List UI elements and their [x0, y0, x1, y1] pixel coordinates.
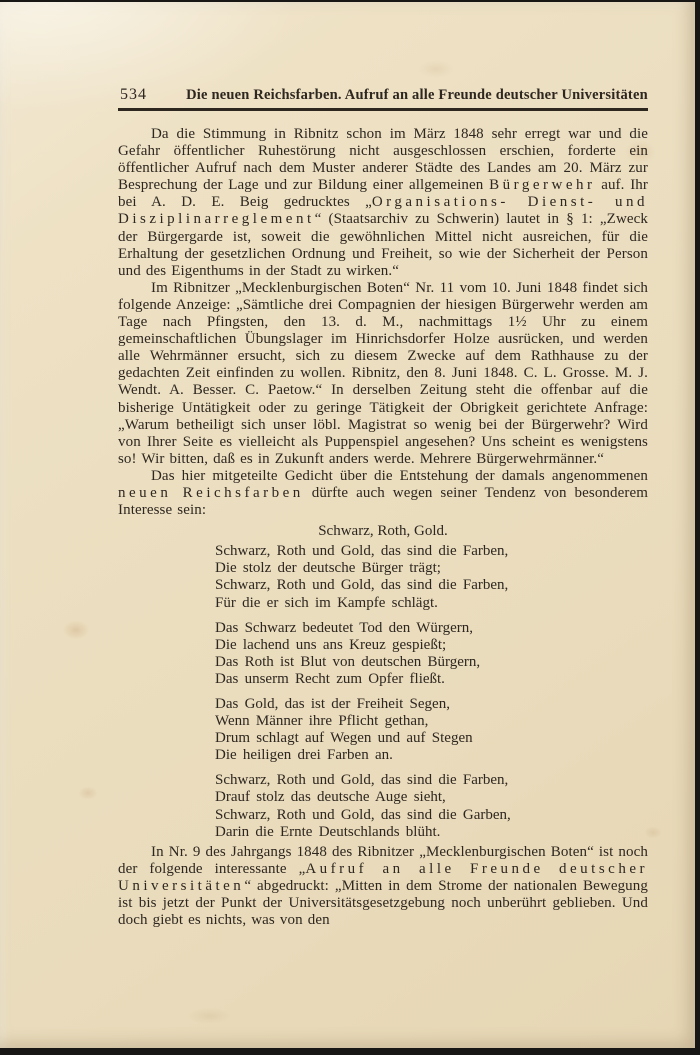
- poem-line: Für die er sich im Kampfe schlägt.: [215, 595, 648, 612]
- poem: Schwarz, Roth, Gold. Schwarz, Roth und G…: [118, 523, 648, 841]
- letterspaced-text: Bürgerwehr: [489, 177, 595, 193]
- letterspaced-text: neuen Reichsfarben: [118, 485, 304, 501]
- poem-line: Das Gold, das ist der Freiheit Segen,: [215, 696, 648, 713]
- poem-line: Das Schwarz bedeutet Tod den Würgern,: [215, 620, 648, 637]
- poem-line: Schwarz, Roth und Gold, das sind die Gar…: [215, 807, 648, 824]
- poem-line: Die stolz der deutsche Bürger trägt;: [215, 560, 648, 577]
- poem-line: Schwarz, Roth und Gold, das sind die Far…: [215, 772, 648, 789]
- header-rule: [118, 108, 648, 111]
- foxing-stain: [62, 620, 90, 640]
- poem-title: Schwarz, Roth, Gold.: [118, 523, 648, 540]
- poem-line: Schwarz, Roth und Gold, das sind die Far…: [215, 577, 648, 594]
- poem-stanza-3: Das Gold, das ist der Freiheit Segen,Wen…: [215, 696, 648, 764]
- paragraph-aufruf: In Nr. 9 des Jahrgangs 1848 des Ribnitze…: [118, 844, 648, 929]
- foxing-stain: [188, 1008, 232, 1024]
- paragraph-anzeige: Im Ribnitzer „Mecklenburgischen Boten“ N…: [118, 280, 648, 468]
- text-run: Das hier mitgeteilte Gedicht über die En…: [151, 468, 648, 484]
- book-page-scan: 534 Die neuen Reichsfarben. Aufruf an al…: [0, 2, 695, 1048]
- running-title: Die neuen Reichsfarben. Aufruf an alle F…: [186, 87, 648, 104]
- poem-line: Drauf stolz das deutsche Auge sieht,: [215, 789, 648, 806]
- poem-line: Die heiligen drei Farben an.: [215, 747, 648, 764]
- foxing-stain: [78, 786, 98, 800]
- page-header: 534 Die neuen Reichsfarben. Aufruf an al…: [118, 86, 648, 107]
- poem-stanza-4: Schwarz, Roth und Gold, das sind die Far…: [215, 772, 648, 840]
- poem-line: Darin die Ernte Deutschlands blüht.: [215, 824, 648, 841]
- poem-line: Das unserm Recht zum Opfer fließt.: [215, 671, 648, 688]
- poem-stanza-1: Schwarz, Roth und Gold, das sind die Far…: [215, 543, 648, 611]
- page-content: 534 Die neuen Reichsfarben. Aufruf an al…: [118, 86, 648, 929]
- poem-stanza-2: Das Schwarz bedeutet Tod den Würgern,Die…: [215, 620, 648, 688]
- poem-line: Schwarz, Roth und Gold, das sind die Far…: [215, 543, 648, 560]
- page-number: 534: [120, 86, 186, 104]
- poem-line: Wenn Männer ihre Pflicht gethan,: [215, 713, 648, 730]
- poem-line: Drum schlagt auf Wegen und auf Stegen: [215, 730, 648, 747]
- poem-line: Das Roth ist Blut von deutschen Bürgern,: [215, 654, 648, 671]
- poem-line: Die lachend uns ans Kreuz gespießt;: [215, 637, 648, 654]
- paragraph-buergerwehr: Da die Stimmung in Ribnitz schon im März…: [118, 126, 648, 280]
- foxing-stain: [418, 60, 454, 78]
- paragraph-gedicht-intro: Das hier mitgeteilte Gedicht über die En…: [118, 468, 648, 519]
- text-run: Im Ribnitzer „Mecklenburgischen Boten“ N…: [118, 280, 648, 467]
